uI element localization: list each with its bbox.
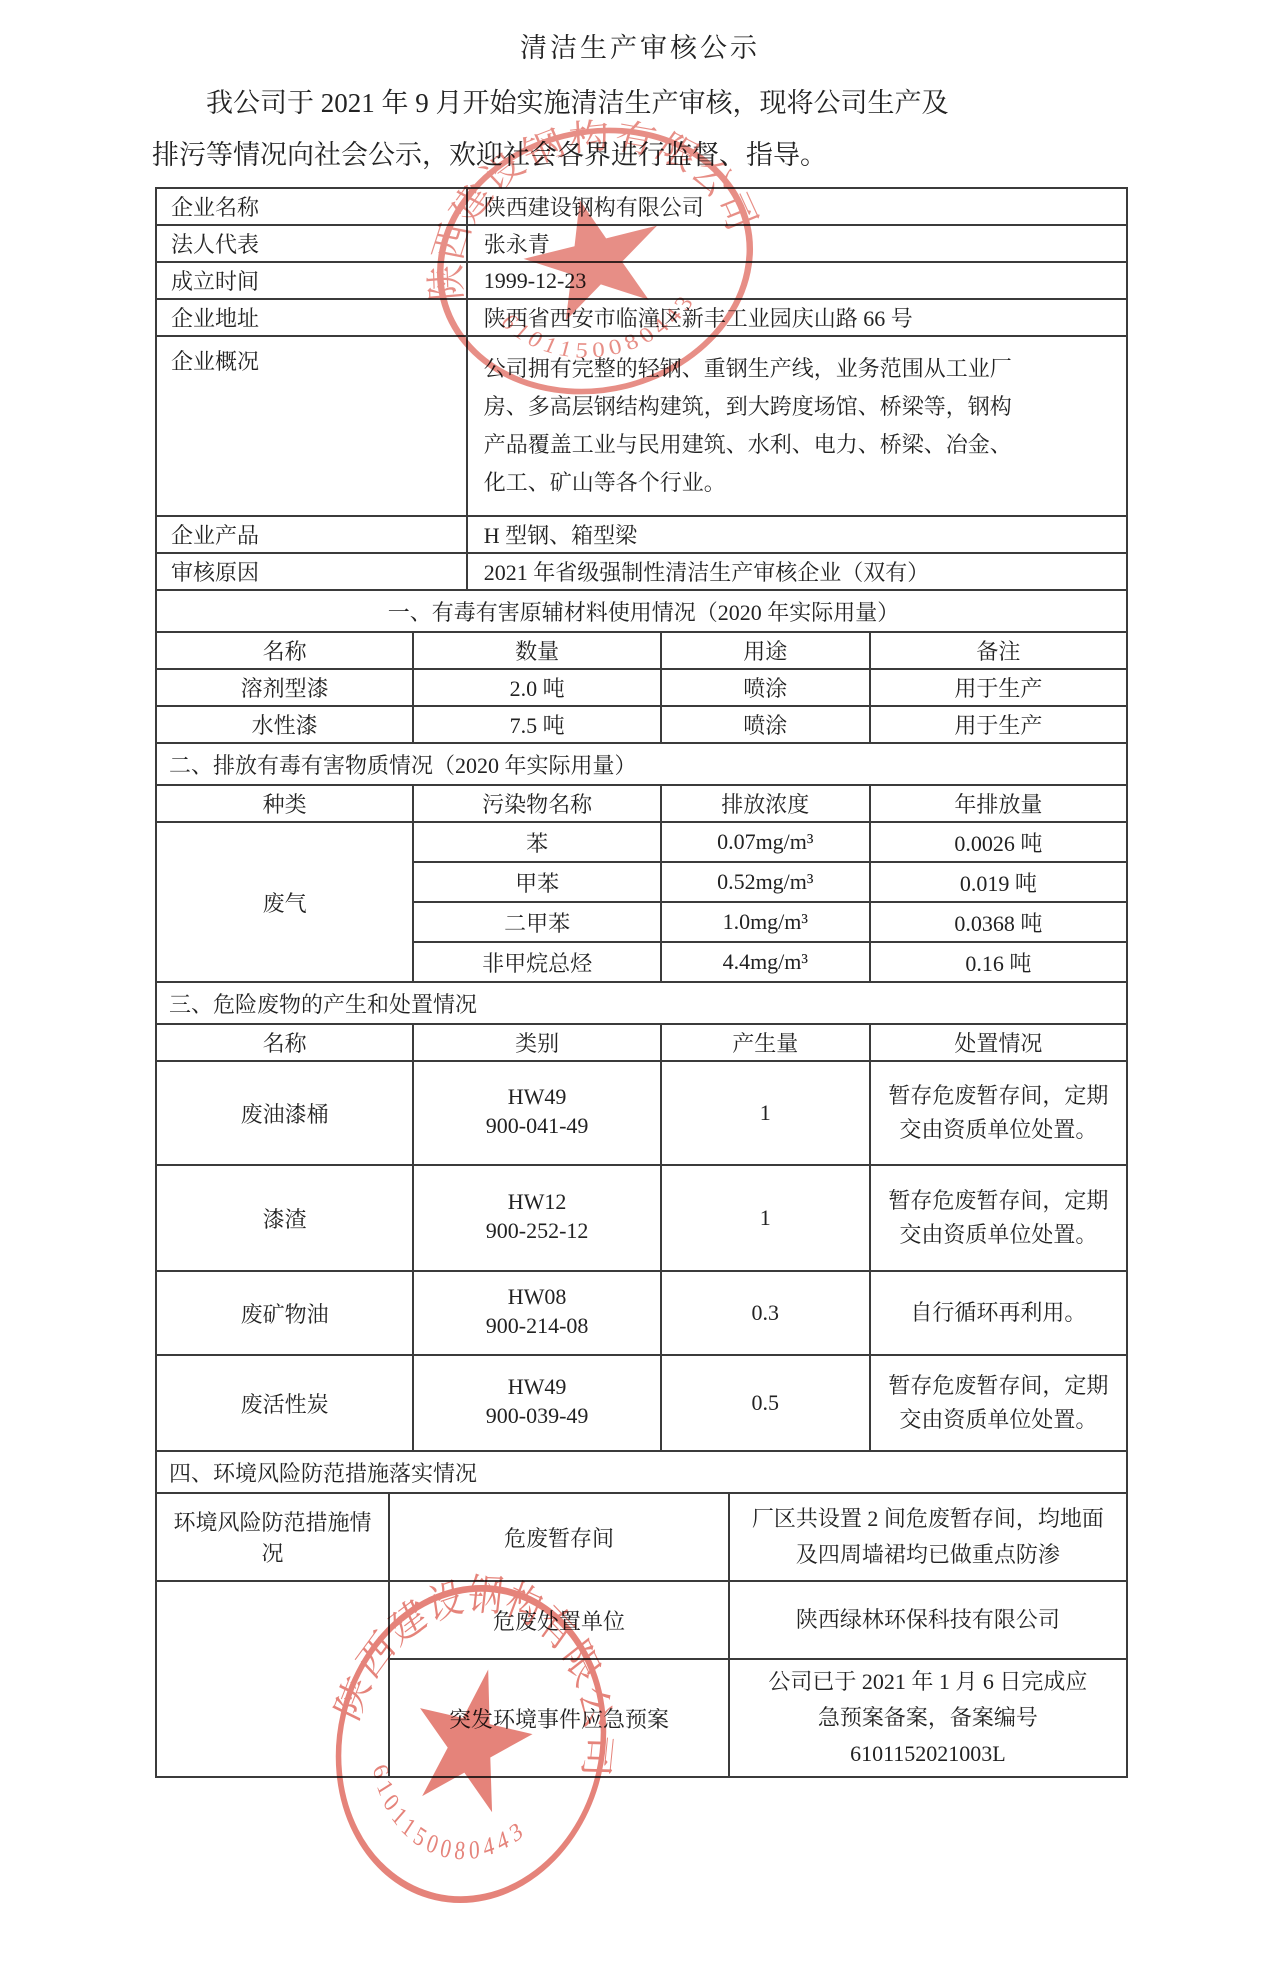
annual-emission: 0.16 吨 [870, 942, 1127, 982]
section2-title: 二、排放有毒有害物质情况（2020 年实际用量） [156, 743, 1127, 785]
material-note: 用于生产 [870, 669, 1127, 706]
emissions-table: 二、排放有毒有害物质情况（2020 年实际用量） 种类 污染物名称 排放浓度 年… [155, 742, 1128, 983]
waste-amount: 1 [661, 1061, 870, 1165]
section-title-row: 四、环境风险防范措施落实情况 [156, 1451, 1127, 1493]
info-value: 陕西省西安市临潼区新丰工业园庆山路 66 号 [467, 299, 1127, 336]
waste-name: 废矿物油 [156, 1271, 413, 1355]
waste-class: HW49 900-041-49 [413, 1061, 661, 1165]
hazardous-waste-table: 三、危险废物的产生和处置情况 名称 类别 产生量 处置情况 废油漆桶 HW49 … [155, 981, 1128, 1452]
waste-class-number: 900-041-49 [422, 1110, 652, 1142]
section-title-row: 三、危险废物的产生和处置情况 [156, 982, 1127, 1024]
waste-disposal: 暂存危废暂存间，定期交由资质单位处置。 [870, 1061, 1127, 1165]
annual-emission: 0.019 吨 [870, 862, 1127, 902]
column-header: 年排放量 [870, 785, 1127, 822]
waste-amount: 0.3 [661, 1271, 870, 1355]
waste-disposal: 自行循环再利用。 [870, 1271, 1127, 1355]
column-header: 类别 [413, 1024, 661, 1061]
info-value: 2021 年省级强制性清洁生产审核企业（双有） [467, 553, 1127, 590]
column-header: 用途 [661, 632, 870, 669]
pollutant-name: 苯 [413, 822, 661, 862]
header-row: 名称 类别 产生量 处置情况 [156, 1024, 1127, 1061]
emergency-plan-label: 突发环境事件应急预案 [389, 1659, 729, 1777]
column-header: 产生量 [661, 1024, 870, 1061]
material-qty: 7.5 吨 [413, 706, 661, 743]
column-header: 数量 [413, 632, 661, 669]
material-use: 喷涂 [661, 706, 870, 743]
info-label: 成立时间 [156, 262, 467, 299]
material-note: 用于生产 [870, 706, 1127, 743]
material-use: 喷涂 [661, 669, 870, 706]
emission-concentration: 0.07mg/m³ [661, 822, 870, 862]
waste-class-number: 900-039-49 [422, 1400, 652, 1432]
waste-disposal: 暂存危废暂存间，定期交由资质单位处置。 [870, 1165, 1127, 1271]
annual-emission: 0.0368 吨 [870, 902, 1127, 942]
document-title: 清洁生产审核公示 [0, 0, 1280, 65]
waste-class: HW49 900-039-49 [413, 1355, 661, 1451]
annual-emission: 0.0026 吨 [870, 822, 1127, 862]
waste-class-number: 900-214-08 [422, 1310, 652, 1342]
material-name: 溶剂型漆 [156, 669, 413, 706]
table-row: 法人代表 张永青 [156, 225, 1127, 262]
waste-class-code: HW49 [508, 1084, 567, 1109]
intro-paragraph: 我公司于 2021 年 9 月开始实施清洁生产审核，现将公司生产及 排污等情况向… [152, 77, 1128, 181]
table-row: 企业地址 陕西省西安市临潼区新丰工业园庆山路 66 号 [156, 299, 1127, 336]
waste-name: 废油漆桶 [156, 1061, 413, 1165]
waste-name: 漆渣 [156, 1165, 413, 1271]
risk-measures-table: 四、环境风险防范措施落实情况 环境风险防范措施情况 危废暂存间 厂区共设置 2 … [155, 1450, 1128, 1778]
pollutant-name: 甲苯 [413, 862, 661, 902]
table-row: 废油漆桶 HW49 900-041-49 1 暂存危废暂存间，定期交由资质单位处… [156, 1061, 1127, 1165]
table-row: 危废处置单位 陕西绿林环保科技有限公司 [156, 1581, 1127, 1659]
info-label: 法人代表 [156, 225, 467, 262]
waste-class-code: HW12 [508, 1189, 567, 1214]
risk-detail: 厂区共设置 2 间危废暂存间，均地面及四周墙裙均已做重点防渗 [729, 1493, 1127, 1581]
info-label: 审核原因 [156, 553, 467, 590]
intro-line-2: 排污等情况向社会公示，欢迎社会各界进行监督、指导。 [152, 129, 1128, 181]
table-row: 企业产品 H 型钢、箱型梁 [156, 516, 1127, 553]
section3-title: 三、危险废物的产生和处置情况 [156, 982, 1127, 1024]
info-value: 张永青 [467, 225, 1127, 262]
info-label: 企业概况 [156, 336, 467, 516]
empty-cell [156, 1581, 389, 1777]
section-title-row: 二、排放有毒有害物质情况（2020 年实际用量） [156, 743, 1127, 785]
intro-line-1: 我公司于 2021 年 9 月开始实施清洁生产审核，现将公司生产及 [152, 77, 1128, 129]
table-row: 废气 苯 0.07mg/m³ 0.0026 吨 [156, 822, 1127, 862]
emergency-plan-value: 公司已于 2021 年 1 月 6 日完成应急预案备案，备案编号 6101152… [729, 1659, 1127, 1777]
emission-concentration: 1.0mg/m³ [661, 902, 870, 942]
info-value: H 型钢、箱型梁 [467, 516, 1127, 553]
table-row: 成立时间 1999-12-23 [156, 262, 1127, 299]
info-value: 1999-12-23 [467, 262, 1127, 299]
company-info-table: 企业名称 陕西建设钢构有限公司 法人代表 张永青 成立时间 1999-12-23… [155, 187, 1128, 591]
table-row: 废活性炭 HW49 900-039-49 0.5 暂存危废暂存间，定期交由资质单… [156, 1355, 1127, 1451]
waste-class-number: 900-252-12 [422, 1215, 652, 1247]
material-name: 水性漆 [156, 706, 413, 743]
table-row: 漆渣 HW12 900-252-12 1 暂存危废暂存间，定期交由资质单位处置。 [156, 1165, 1127, 1271]
disposal-unit-label: 危废处置单位 [389, 1581, 729, 1659]
section4-title: 四、环境风险防范措施落实情况 [156, 1451, 1127, 1493]
table-row: 企业概况 公司拥有完整的轻钢、重钢生产线，业务范围从工业厂房、多高层钢结构建筑，… [156, 336, 1127, 516]
risk-item: 危废暂存间 [389, 1493, 729, 1581]
materials-table: 一、有毒有害原辅材料使用情况（2020 年实际用量） 名称 数量 用途 备注 溶… [155, 589, 1128, 744]
info-label: 企业名称 [156, 188, 467, 225]
waste-disposal: 暂存危废暂存间，定期交由资质单位处置。 [870, 1355, 1127, 1451]
table-row: 企业名称 陕西建设钢构有限公司 [156, 188, 1127, 225]
table-row: 废矿物油 HW08 900-214-08 0.3 自行循环再利用。 [156, 1271, 1127, 1355]
material-qty: 2.0 吨 [413, 669, 661, 706]
emission-concentration: 0.52mg/m³ [661, 862, 870, 902]
pollutant-name: 非甲烷总烃 [413, 942, 661, 982]
header-row: 名称 数量 用途 备注 [156, 632, 1127, 669]
info-value: 陕西建设钢构有限公司 [467, 188, 1127, 225]
section1-title: 一、有毒有害原辅材料使用情况（2020 年实际用量） [156, 590, 1127, 632]
emission-category: 废气 [156, 822, 413, 982]
info-label: 企业产品 [156, 516, 467, 553]
column-header: 处置情况 [870, 1024, 1127, 1061]
column-header: 备注 [870, 632, 1127, 669]
pollutant-name: 二甲苯 [413, 902, 661, 942]
table-row: 水性漆 7.5 吨 喷涂 用于生产 [156, 706, 1127, 743]
waste-class: HW12 900-252-12 [413, 1165, 661, 1271]
column-header: 排放浓度 [661, 785, 870, 822]
info-value: 公司拥有完整的轻钢、重钢生产线，业务范围从工业厂房、多高层钢结构建筑，到大跨度场… [467, 336, 1127, 516]
table-row: 审核原因 2021 年省级强制性清洁生产审核企业（双有） [156, 553, 1127, 590]
waste-amount: 1 [661, 1165, 870, 1271]
column-header: 污染物名称 [413, 785, 661, 822]
header-row: 种类 污染物名称 排放浓度 年排放量 [156, 785, 1127, 822]
table-row: 环境风险防范措施情况 危废暂存间 厂区共设置 2 间危废暂存间，均地面及四周墙裙… [156, 1493, 1127, 1581]
table-row: 溶剂型漆 2.0 吨 喷涂 用于生产 [156, 669, 1127, 706]
info-label: 企业地址 [156, 299, 467, 336]
waste-amount: 0.5 [661, 1355, 870, 1451]
waste-name: 废活性炭 [156, 1355, 413, 1451]
disposal-unit-value: 陕西绿林环保科技有限公司 [729, 1581, 1127, 1659]
waste-class: HW08 900-214-08 [413, 1271, 661, 1355]
column-header: 种类 [156, 785, 413, 822]
section-title-row: 一、有毒有害原辅材料使用情况（2020 年实际用量） [156, 590, 1127, 632]
column-header: 名称 [156, 1024, 413, 1061]
column-header: 名称 [156, 632, 413, 669]
waste-class-code: HW49 [508, 1374, 567, 1399]
risk-measures-label: 环境风险防范措施情况 [156, 1493, 389, 1581]
emission-concentration: 4.4mg/m³ [661, 942, 870, 982]
waste-class-code: HW08 [508, 1284, 567, 1309]
document-page: 清洁生产审核公示 我公司于 2021 年 9 月开始实施清洁生产审核，现将公司生… [0, 0, 1280, 1976]
